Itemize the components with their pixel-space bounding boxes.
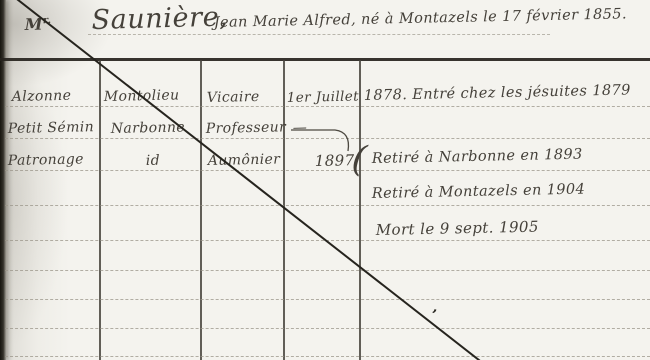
cell-function-row3: Aumônier bbox=[208, 151, 281, 169]
ruled-line bbox=[5, 170, 650, 171]
note-row1: 1878. Entré chez les jésuites 1879 bbox=[364, 82, 631, 105]
cell-date-row3: 1897 bbox=[315, 151, 355, 170]
header-prefix-m: M bbox=[25, 15, 44, 34]
header-ruled-line bbox=[88, 34, 550, 35]
ruled-line bbox=[5, 356, 650, 357]
cell-date-row2-ditto-dash: — bbox=[293, 120, 308, 137]
paren-mark: ( bbox=[350, 141, 368, 178]
header-details: Jean Marie Alfred, né à Montazels le 17 … bbox=[214, 6, 628, 32]
header-prefix-sup: r. bbox=[43, 15, 52, 26]
note-row3: Retiré à Narbonne en 1893 bbox=[372, 147, 583, 169]
header-surname: Saunière, bbox=[91, 1, 229, 37]
cell-post-row1: Alzonne bbox=[12, 88, 72, 106]
ruled-line bbox=[5, 240, 650, 241]
column-line-3 bbox=[283, 60, 285, 360]
diagonal-strike-line bbox=[13, 0, 484, 360]
header-prefix: Mr. bbox=[25, 14, 52, 34]
cell-function-row2: Professeur bbox=[206, 119, 287, 137]
cell-place-row1: Montolieu bbox=[104, 87, 180, 105]
column-line-1 bbox=[99, 60, 101, 360]
ink-mark: ’ bbox=[429, 306, 438, 325]
ruled-line bbox=[5, 270, 650, 271]
cell-post-row3: Patronage bbox=[8, 151, 84, 169]
note-row4: Retiré à Montazels en 1904 bbox=[372, 182, 586, 204]
cell-post-row2: Petit Sémin bbox=[8, 119, 95, 138]
table-top-border bbox=[0, 58, 650, 61]
overlay-layer bbox=[0, 0, 650, 360]
ruled-line bbox=[5, 205, 650, 206]
ruled-line bbox=[5, 328, 650, 329]
cell-function-row1: Vicaire bbox=[207, 89, 260, 107]
ruled-line bbox=[5, 299, 650, 300]
scan-gutter-edge bbox=[0, 0, 6, 360]
cell-date-row1: 1er Juillet bbox=[287, 88, 360, 106]
note-row5: Mort le 9 sept. 1905 bbox=[376, 218, 539, 239]
scanned-register-page: Mr. Saunière, Jean Marie Alfred, né à Mo… bbox=[0, 0, 650, 360]
cell-place-row2: Narbonne bbox=[111, 119, 186, 137]
column-line-2 bbox=[200, 60, 202, 360]
column-line-4 bbox=[359, 60, 361, 360]
ruled-line bbox=[5, 138, 650, 139]
cell-place-row3-idem: id bbox=[146, 153, 161, 170]
ruled-line bbox=[5, 106, 650, 107]
